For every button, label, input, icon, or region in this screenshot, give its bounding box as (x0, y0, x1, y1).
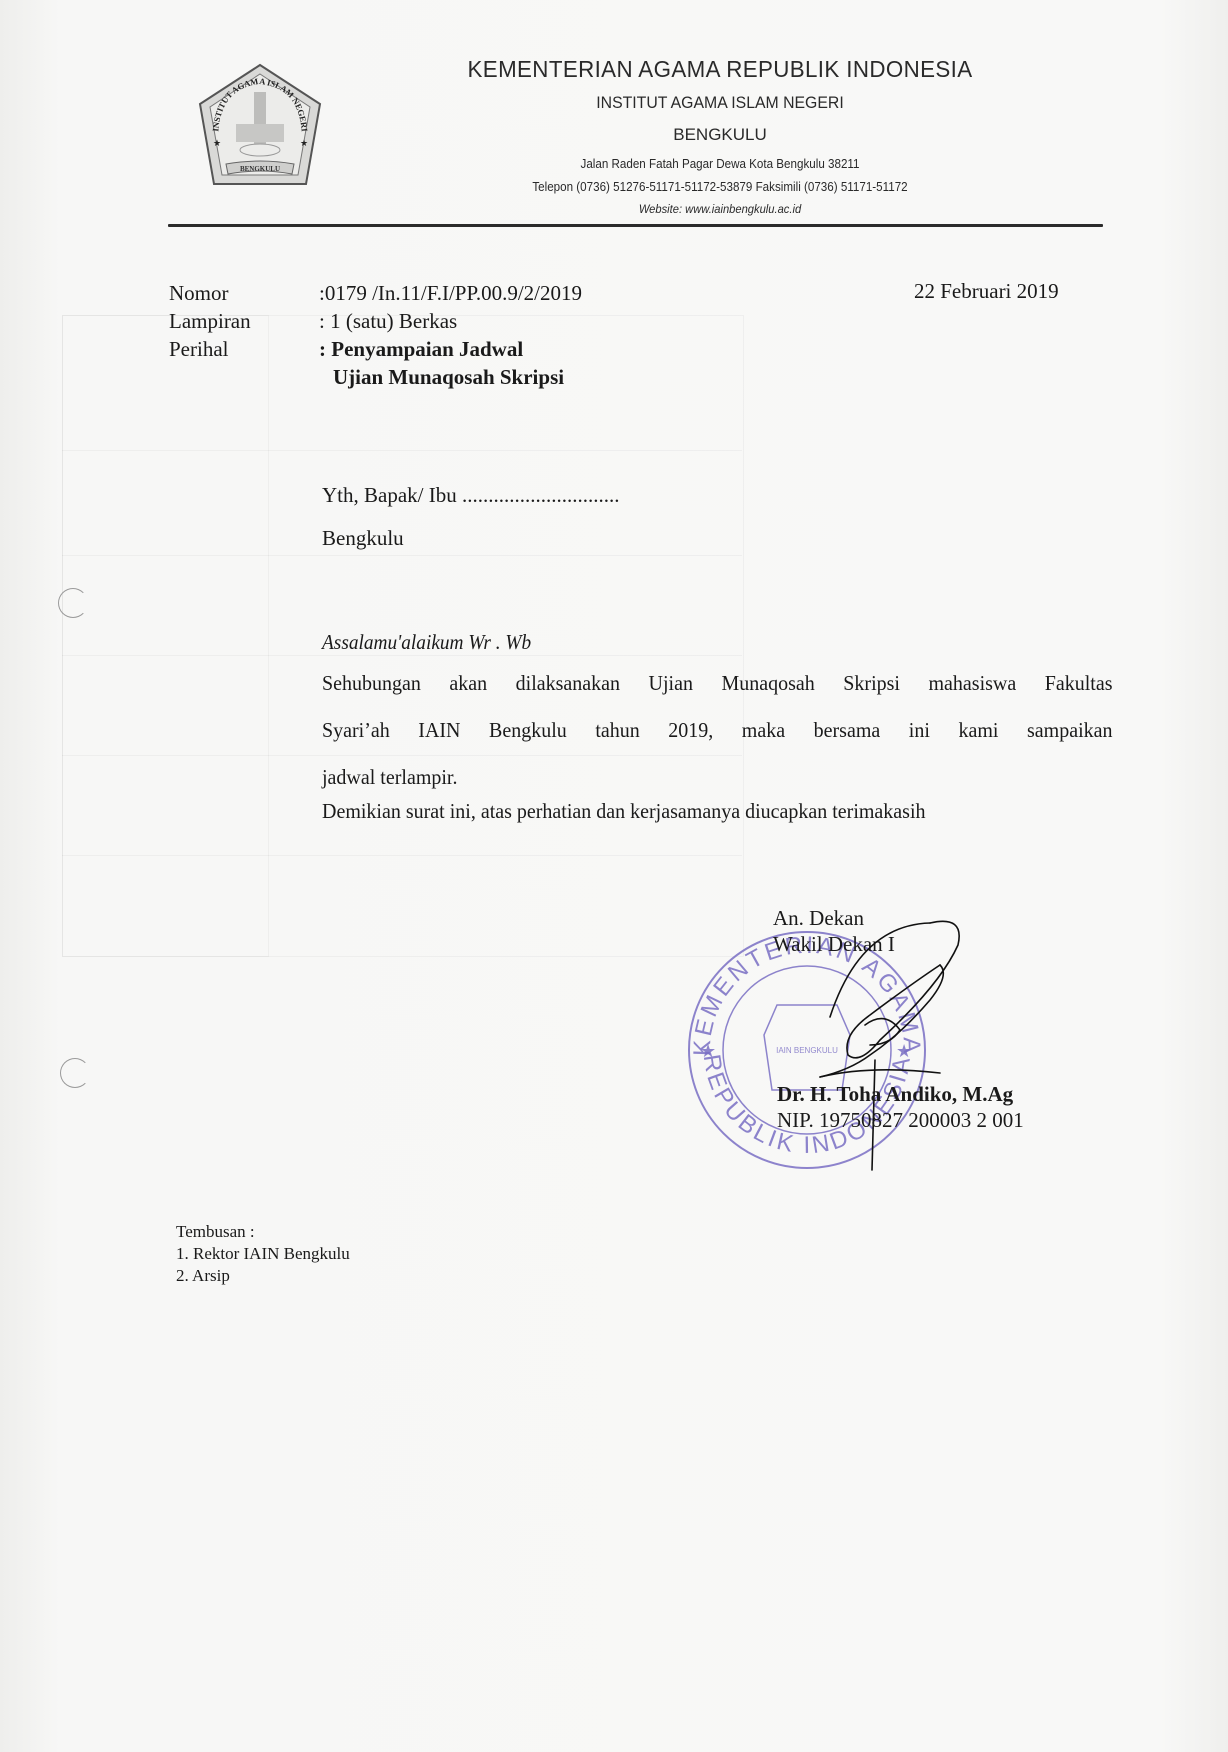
perihal-value: : Penyampaian Jadwal (319, 337, 523, 362)
svg-text:★: ★ (700, 1041, 716, 1061)
nomor-value: :0179 /In.11/F.I/PP.00.9/2/2019 (319, 281, 582, 306)
signer-nip: NIP. 19750827 200003 2 001 (777, 1108, 1024, 1133)
closing-sentence: Demikian surat ini, atas perhatian dan k… (322, 799, 926, 824)
tembusan-item: 2. Arsip (176, 1266, 230, 1286)
punch-hole-icon (58, 588, 88, 618)
svg-text:BENGKULU: BENGKULU (240, 165, 280, 173)
body-line: Syari’ah IAIN Bengkulu tahun 2019, maka … (322, 707, 1113, 754)
perihal-value-continued: Ujian Munaqosah Skripsi (333, 365, 564, 390)
letterhead-divider (168, 224, 1103, 227)
recipient-city: Bengkulu (322, 526, 404, 551)
perihal-label: Perihal (169, 337, 228, 362)
svg-text:★: ★ (300, 138, 308, 148)
tembusan-item: 1. Rektor IAIN Bengkulu (176, 1244, 350, 1264)
institution-seal-icon: BENGKULU INSTITUT AGAMA ISLAM NEGERI ★ ★ (196, 62, 324, 196)
body-paragraph: Sehubungan akan dilaksanakan Ujian Munaq… (322, 660, 1113, 801)
lampiran-value: : 1 (satu) Berkas (319, 309, 457, 334)
punch-hole-icon (60, 1058, 90, 1088)
handwritten-signature-icon (790, 905, 980, 1175)
address: Jalan Raden Fatah Pagar Dewa Kota Bengku… (367, 157, 1074, 171)
svg-text:★: ★ (213, 138, 221, 148)
phone-fax: Telepon (0736) 51276-51171-51172-53879 F… (367, 180, 1074, 194)
city-title: BENGKULU (340, 125, 1100, 145)
greeting: Assalamu'alaikum Wr . Wb (322, 630, 531, 655)
institute-title: INSTITUT AGAMA ISLAM NEGERI (367, 93, 1074, 113)
letter-date: 22 Februari 2019 (914, 279, 1059, 304)
website: Website: www.iainbengkulu.ac.id (367, 202, 1074, 216)
recipient-line: Yth, Bapak/ Ibu ........................… (322, 483, 619, 508)
lampiran-label: Lampiran (169, 309, 251, 334)
body-line: Sehubungan akan dilaksanakan Ujian Munaq… (322, 660, 1113, 707)
signer-name: Dr. H. Toha Andiko, M.Ag (777, 1082, 1013, 1107)
ministry-title: KEMENTERIAN AGAMA REPUBLIK INDONESIA (359, 56, 1081, 83)
nomor-label: Nomor (169, 281, 229, 306)
body-line: jadwal terlampir. (322, 754, 1113, 801)
tembusan-title: Tembusan : (176, 1222, 255, 1242)
